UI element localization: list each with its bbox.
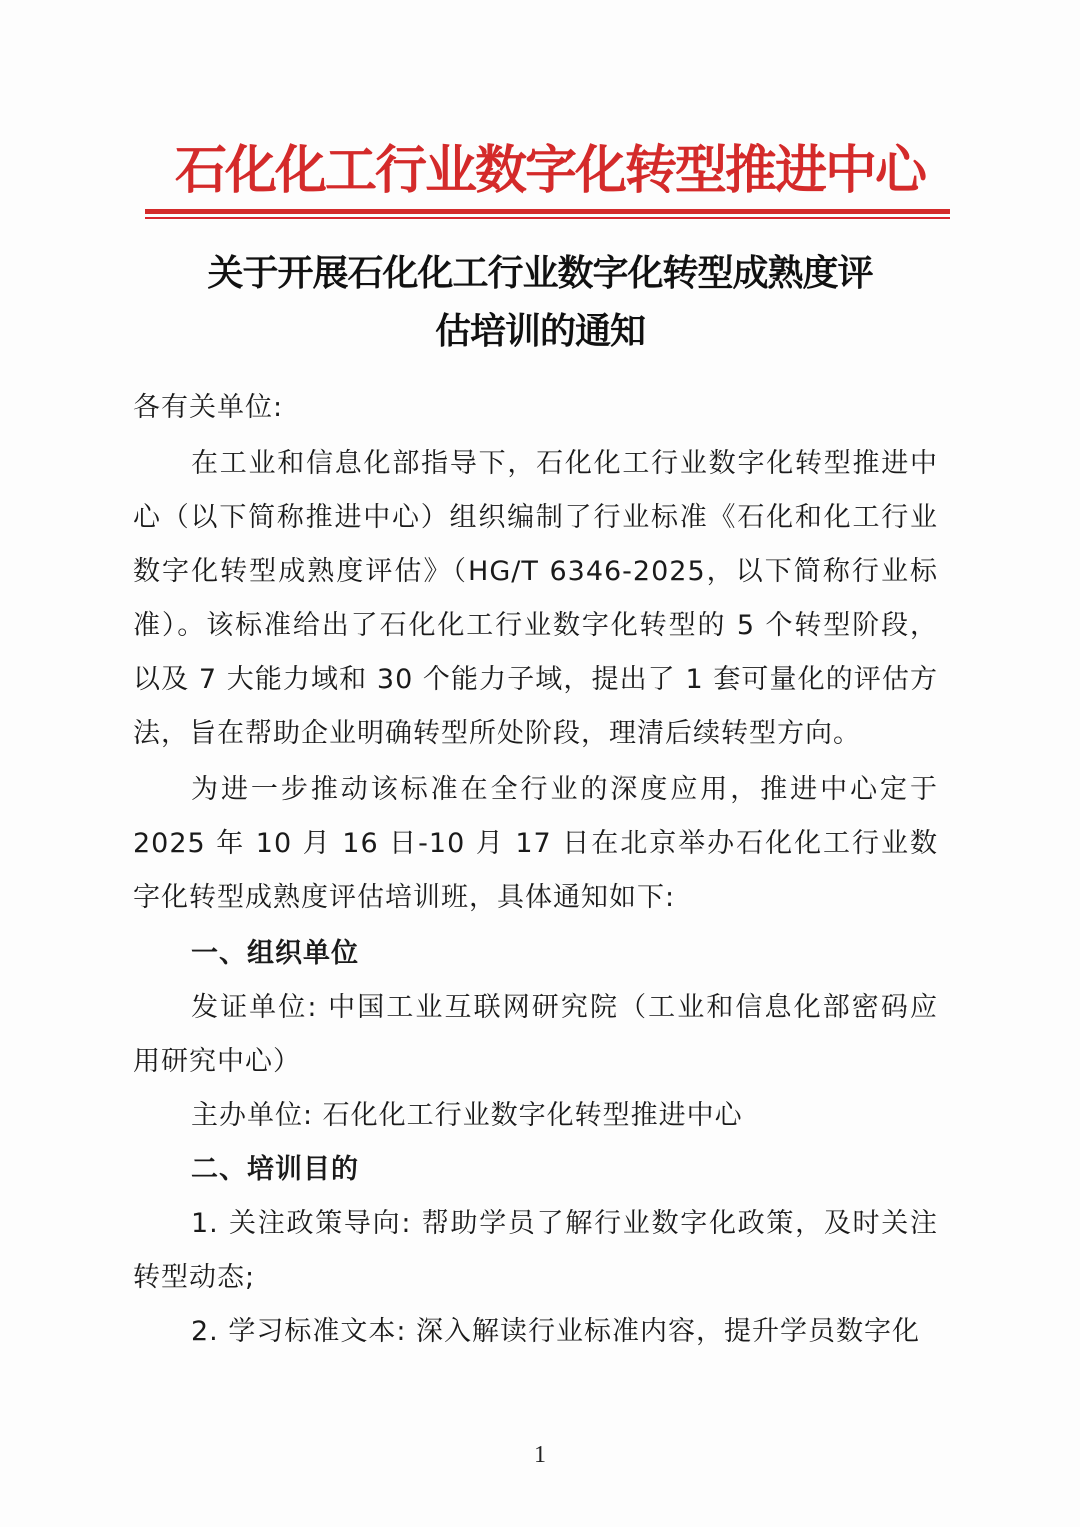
letterhead-organization: 石化化工行业数字化转型推进中心 (140, 136, 960, 206)
section-heading-purpose: 二、培训目的 (133, 1143, 938, 1197)
title-line-1: 关于开展石化化工行业数字化转型成熟度评 (130, 244, 950, 302)
salutation: 各有关单位: (133, 381, 938, 435)
organizer-certifying-unit: 发证单位: 中国工业互联网研究院（工业和信息化部密码应用研究中心） (133, 981, 938, 1089)
section-heading-organizers: 一、组织单位 (133, 927, 938, 981)
letterhead-rule-thick (145, 209, 950, 214)
document-title: 关于开展石化化工行业数字化转型成熟度评 估培训的通知 (130, 244, 950, 360)
document-body: 各有关单位: 在工业和信息化部指导下，石化化工行业数字化转型推进中心（以下简称推… (133, 381, 938, 1359)
purpose-item-1: 1. 关注政策导向: 帮助学员了解行业数字化政策，及时关注转型动态; (133, 1197, 938, 1305)
letterhead-rule-thin (145, 217, 950, 219)
document-page: 石化化工行业数字化转型推进中心 关于开展石化化工行业数字化转型成熟度评 估培训的… (0, 0, 1080, 1527)
organizer-host-unit: 主办单位: 石化化工行业数字化转型推进中心 (133, 1089, 938, 1143)
title-line-2: 估培训的通知 (130, 302, 950, 360)
paragraph-intro: 在工业和信息化部指导下，石化化工行业数字化转型推进中心（以下简称推进中心）组织编… (133, 437, 938, 761)
page-number: 1 (0, 1442, 1080, 1469)
purpose-item-2: 2. 学习标准文本: 深入解读行业标准内容，提升学员数字化 (133, 1305, 938, 1359)
paragraph-training-announcement: 为进一步推动该标准在全行业的深度应用，推进中心定于 2025 年 10 月 16… (133, 763, 938, 925)
